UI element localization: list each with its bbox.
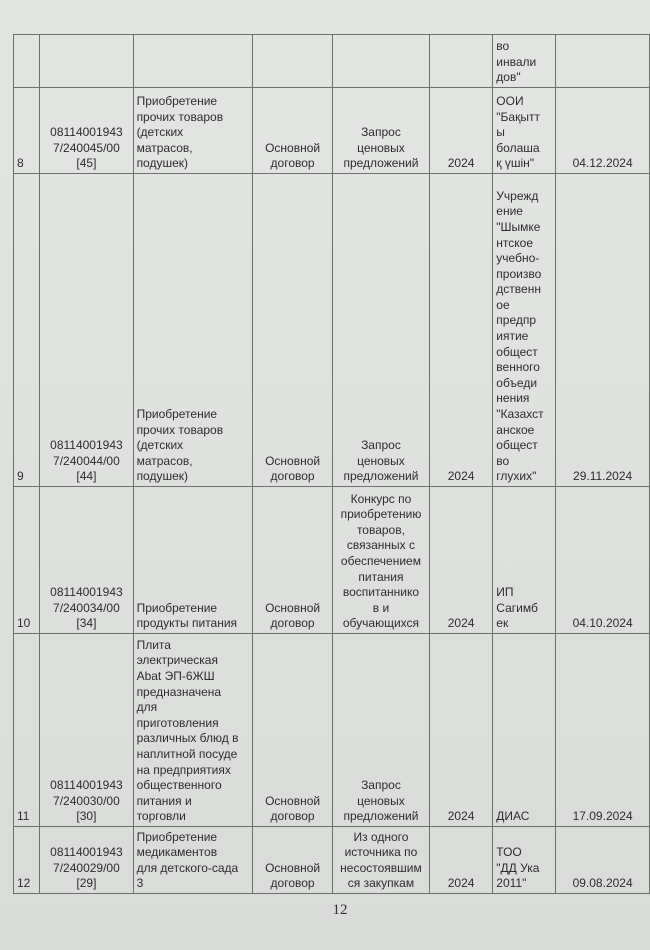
contract-date-cell [556,35,650,88]
contract-type-cell [253,35,333,88]
financial-year-cell: 2024 [429,88,492,174]
supplier-name-cell: ТОО "ДД Ука 2011" [493,827,556,894]
procurement-method-cell: Запрос ценовых предложений [332,174,429,487]
row-number-cell: 11 [14,634,40,827]
supplier-name-cell: ИП Сагимб ек [493,487,556,634]
table-row: во инвали дов" [14,35,650,88]
procurement-method-cell: Конкурс по приобретению товаров, связанн… [332,487,429,634]
procurement-code-cell: 08114001943 7/240034/00 [34] [40,487,133,634]
procurement-method-cell: Запрос ценовых предложений [332,88,429,174]
supplier-name-cell: Учрежд ение "Шымке нтское учебно- произв… [493,174,556,487]
contract-date-cell: 29.11.2024 [556,174,650,487]
procurement-code-cell: 08114001943 7/240030/00 [30] [40,634,133,827]
contract-date-cell: 09.08.2024 [556,827,650,894]
contract-type-cell: Основной договор [253,634,333,827]
contract-type-cell: Основной договор [253,827,333,894]
contract-type-cell: Основной договор [253,174,333,487]
table-row: 1108114001943 7/240030/00 [30]Плита элек… [14,634,650,827]
procurement-subject-cell: Приобретение прочих товаров (детских мат… [133,174,253,487]
row-number-cell: 8 [14,88,40,174]
procurement-method-cell [332,35,429,88]
financial-year-cell: 2024 [429,487,492,634]
row-number-cell [14,35,40,88]
table-row: 1208114001943 7/240029/00 [29]Приобретен… [14,827,650,894]
supplier-name-cell: ООИ "Бақытт ы болаша қ үшін" [493,88,556,174]
contract-date-cell: 04.10.2024 [556,487,650,634]
row-number-cell: 9 [14,174,40,487]
procurement-subject-cell: Приобретение медикаментов для детского-с… [133,827,253,894]
table-row: 1008114001943 7/240034/00 [34]Приобретен… [14,487,650,634]
procurement-subject-cell: Плита электрическая Abat ЭП-6ЖШ предназн… [133,634,253,827]
procurement-subject-cell [133,35,253,88]
contract-type-cell: Основной договор [253,487,333,634]
row-number-cell: 10 [14,487,40,634]
contract-type-cell: Основной договор [253,88,333,174]
procurement-code-cell: 08114001943 7/240029/00 [29] [40,827,133,894]
procurement-method-cell: Запрос ценовых предложений [332,634,429,827]
procurement-code-cell [40,35,133,88]
row-number-cell: 12 [14,827,40,894]
financial-year-cell: 2024 [429,634,492,827]
procurement-subject-cell: Приобретение прочих товаров (детских мат… [133,88,253,174]
supplier-name-cell: во инвали дов" [493,35,556,88]
procurement-method-cell: Из одного источника по несостоявшим ся з… [332,827,429,894]
procurement-code-cell: 08114001943 7/240045/00 [45] [40,88,133,174]
supplier-name-cell: ДИАС [493,634,556,827]
financial-year-cell: 2024 [429,827,492,894]
procurement-code-cell: 08114001943 7/240044/00 [44] [40,174,133,487]
contract-date-cell: 04.12.2024 [556,88,650,174]
procurement-subject-cell: Приобретение продукты питания [133,487,253,634]
contract-date-cell: 17.09.2024 [556,634,650,827]
procurement-table-body: во инвали дов"808114001943 7/240045/00 [… [14,35,650,894]
financial-year-cell: 2024 [429,174,492,487]
table-row: 908114001943 7/240044/00 [44]Приобретени… [14,174,650,487]
procurement-table: во инвали дов"808114001943 7/240045/00 [… [13,34,650,894]
financial-year-cell [429,35,492,88]
page-number: 12 [0,902,650,919]
table-row: 808114001943 7/240045/00 [45]Приобретени… [14,88,650,174]
